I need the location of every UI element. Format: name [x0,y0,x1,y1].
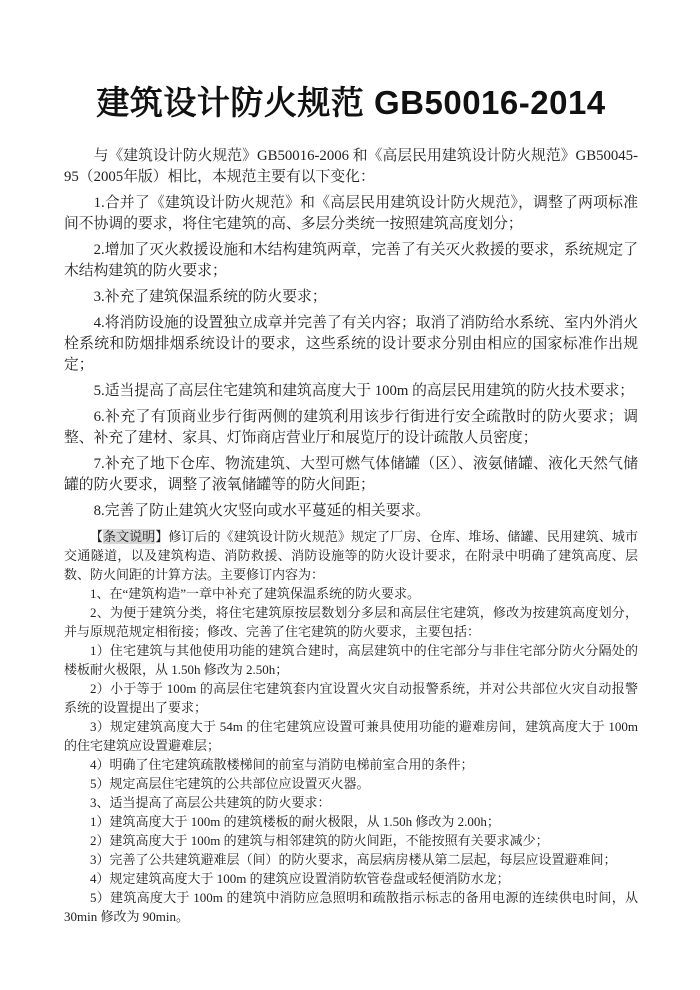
explanation-section: 【条文说明】修订后的《建筑设计防火规范》规定了厂房、仓库、堆场、储罐、民用建筑、… [64,527,638,926]
explanation-item-11: 3）完善了公共建筑避难层（间）的防火要求，高层病房楼从第二层起，每层应设置避难间… [64,850,638,869]
bracket-open: 【 [90,529,103,544]
explanation-item-3: 1）住宅建筑与其他使用功能的建筑合建时，高层建筑中的住宅部分与非住宅部分防火分隔… [64,641,638,679]
explanation-item-6: 4）明确了住宅建筑疏散楼梯间的前室与消防电梯前室合用的条件； [64,755,638,774]
explanation-item-8: 3、适当提高了高层公共建筑的防火要求： [64,793,638,812]
explanation-item-4: 2）小于等于 100m 的高层住宅建筑套内宜设置火灾自动报警系统，并对公共部位火… [64,679,638,717]
intro-paragraph: 与《建筑设计防火规范》GB50016-2006 和《高层民用建筑设计防火规范》G… [64,146,638,188]
change-item-5: 5.适当提高了高层住宅建筑和建筑高度大于 100m 的高层民用建筑的防火技术要求… [64,381,638,402]
change-item-4: 4.将消防设施的设置独立成章并完善了有关内容；取消了消防给水系统、室内外消火栓系… [64,313,638,376]
change-item-8: 8.完善了防止建筑火灾竖向或水平蔓延的相关要求。 [64,501,638,522]
change-item-6: 6.补充了有顶商业步行街两侧的建筑利用该步行街进行安全疏散时的防火要求；调整、补… [64,407,638,449]
page-title: 建筑设计防火规范 GB50016-2014 [64,80,638,126]
explanation-item-13: 5）建筑高度大于 100m 的建筑中消防应急照明和疏散指示标志的备用电源的连续供… [64,888,638,926]
explanation-item-5: 3）规定建筑高度大于 54m 的住宅建筑应设置可兼具使用功能的避难房间，建筑高度… [64,717,638,755]
explanation-item-1: 1、在“建筑构造”一章中补充了建筑保温系统的防火要求。 [64,584,638,603]
document-page: 建筑设计防火规范 GB50016-2014 与《建筑设计防火规范》GB50016… [0,0,700,990]
change-item-3: 3.补充了建筑保温系统的防火要求； [64,287,638,308]
explanation-intro: 【条文说明】修订后的《建筑设计防火规范》规定了厂房、仓库、堆场、储罐、民用建筑、… [64,527,638,584]
explanation-item-2: 2、为便于建筑分类，将住宅建筑原按层数划分多层和高层住宅建筑，修改为按建筑高度划… [64,603,638,641]
bracket-close: 】 [155,529,168,544]
change-item-2: 2.增加了灭火救援设施和木结构建筑两章，完善了有关灭火救援的要求，系统规定了木结… [64,240,638,282]
change-item-1: 1.合并了《建筑设计防火规范》和《高层民用建筑设计防火规范》，调整了两项标准间不… [64,193,638,235]
explanation-item-7: 5）规定高层住宅建筑的公共部位应设置灭火器。 [64,774,638,793]
explanation-label: 条文说明 [103,529,155,544]
change-item-7: 7.补充了地下仓库、物流建筑、大型可燃气体储罐（区）、液氨储罐、液化天然气储罐的… [64,454,638,496]
explanation-item-9: 1）建筑高度大于 100m 的建筑楼板的耐火极限，从 1.50h 修改为 2.0… [64,812,638,831]
explanation-item-10: 2）建筑高度大于 100m 的建筑与相邻建筑的防火间距，不能按照有关要求减少； [64,831,638,850]
explanation-item-12: 4）规定建筑高度大于 100m 的建筑应设置消防软管卷盘或轻便消防水龙； [64,869,638,888]
